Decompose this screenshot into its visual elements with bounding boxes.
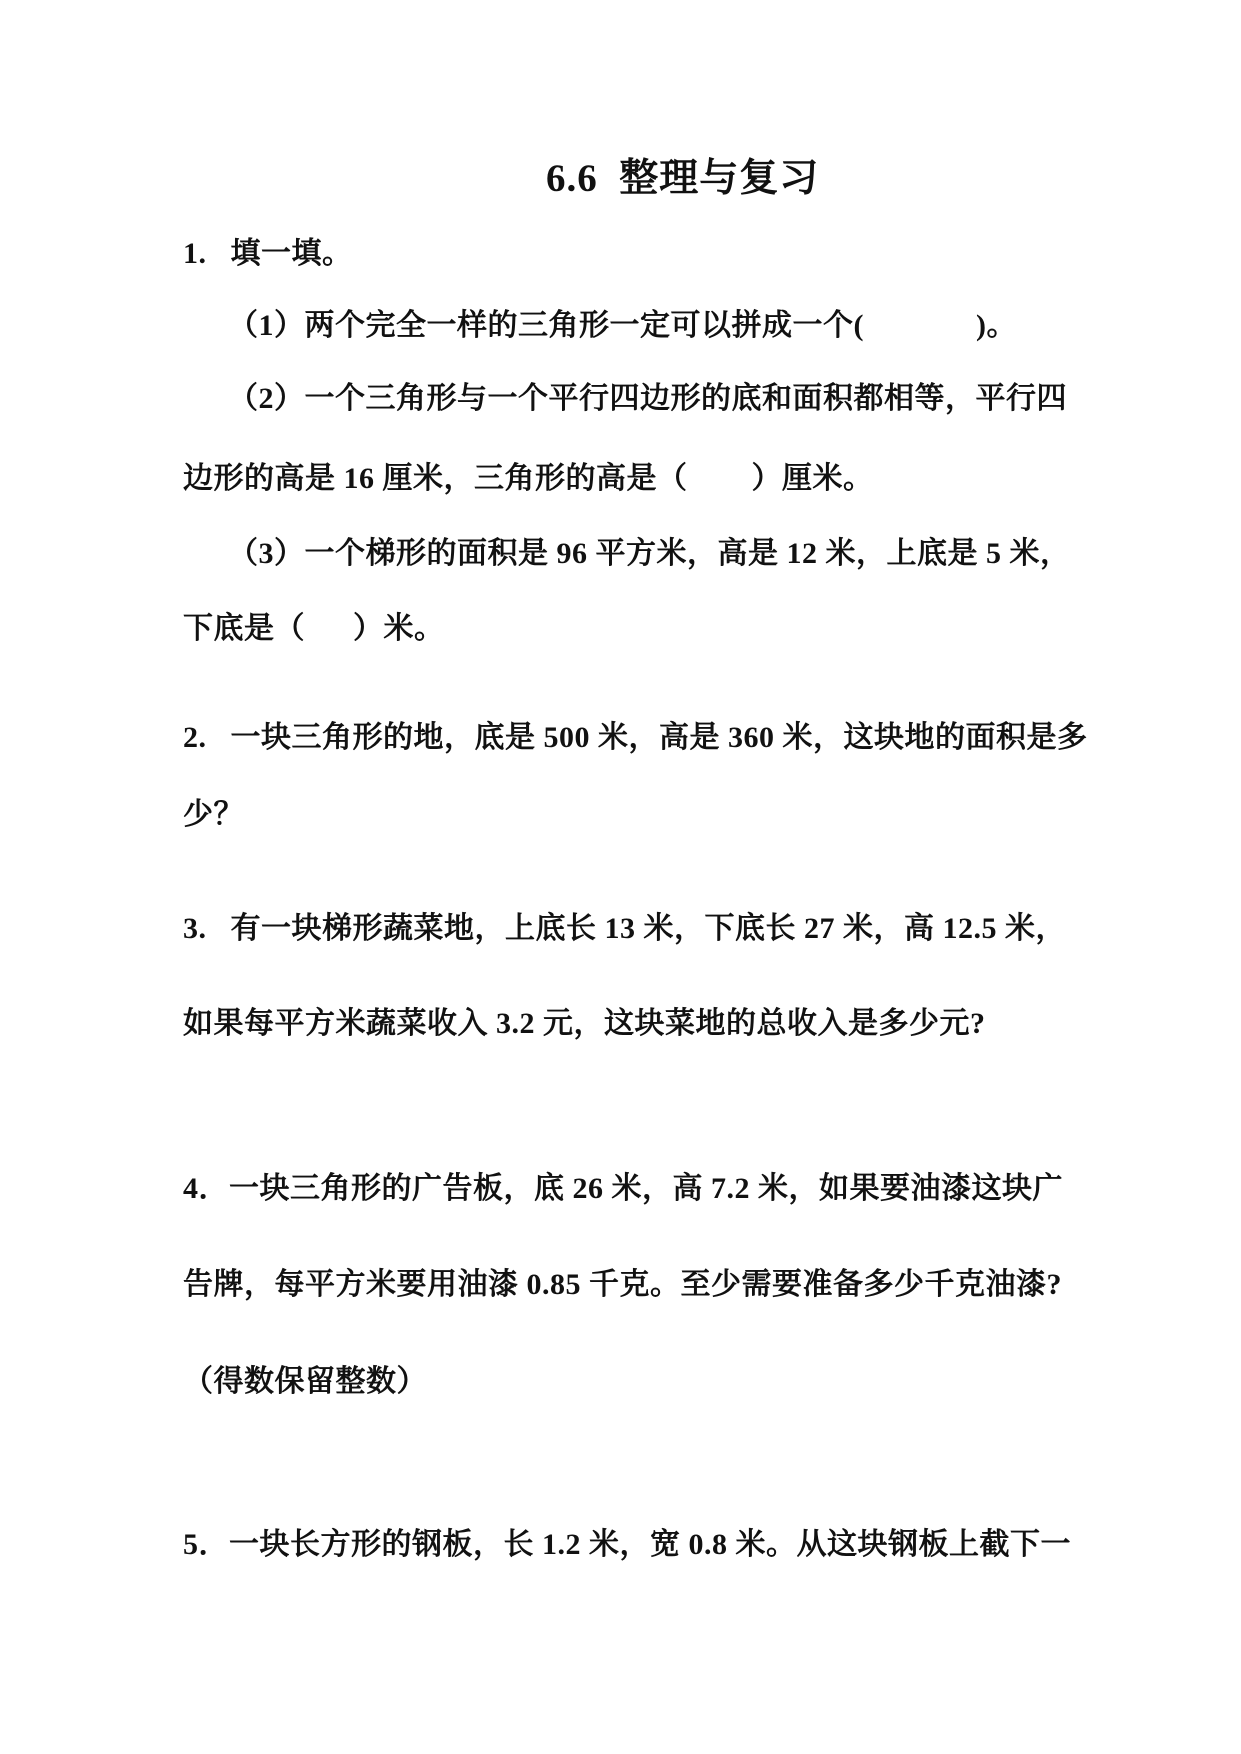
problem-3-line-1: 3. 有一块梯形蔬菜地，上底长 13 米，下底长 27 米，高 12.5 米， — [183, 912, 1066, 947]
problem-2-line-2: 少？ — [183, 798, 244, 833]
problem-5-line-1: 5．一块长方形的钢板，长 1.2 米，宽 0.8 米。从这块钢板上截下一 — [183, 1528, 1071, 1563]
problem-3-line-2: 如果每平方米蔬菜收入 3.2 元，这块菜地的总收入是多少元? — [183, 1007, 986, 1042]
problem-1-sub-2-line-2: 边形的高是 16 厘米，三角形的高是（ ）厘米。 — [183, 462, 874, 497]
problem-4-line-1: 4．一块三角形的广告板，底 26 米，高 7.2 米，如果要油漆这块广 — [183, 1172, 1063, 1207]
problem-4-line-2: 告牌，每平方米要用油漆 0.85 千克。至少需要准备多少千克油漆? — [183, 1268, 1062, 1303]
worksheet-page: 6.6 整理与复习 1. 填一填。 （1）两个完全一样的三角形一定可以拼成一个(… — [0, 0, 1241, 1754]
problem-1-label: 1. 填一填。 — [183, 237, 353, 272]
problem-1-sub-1: （1）两个完全一样的三角形一定可以拼成一个( )。 — [228, 309, 1017, 344]
problem-2-line-1: 2. 一块三角形的地，底是 500 米，高是 360 米，这块地的面积是多 — [183, 721, 1088, 756]
problem-1-sub-2-line-1: （2）一个三角形与一个平行四边形的底和面积都相等，平行四 — [228, 382, 1067, 417]
problem-4-note: （得数保留整数） — [183, 1365, 427, 1400]
problem-1-sub-3-line-1: （3）一个梯形的面积是 96 平方米，高是 12 米，上底是 5 米， — [228, 537, 1071, 572]
worksheet-title: 6.6 整理与复习 — [546, 158, 819, 201]
problem-1-sub-3-line-2: 下底是（ ）米。 — [183, 612, 445, 647]
